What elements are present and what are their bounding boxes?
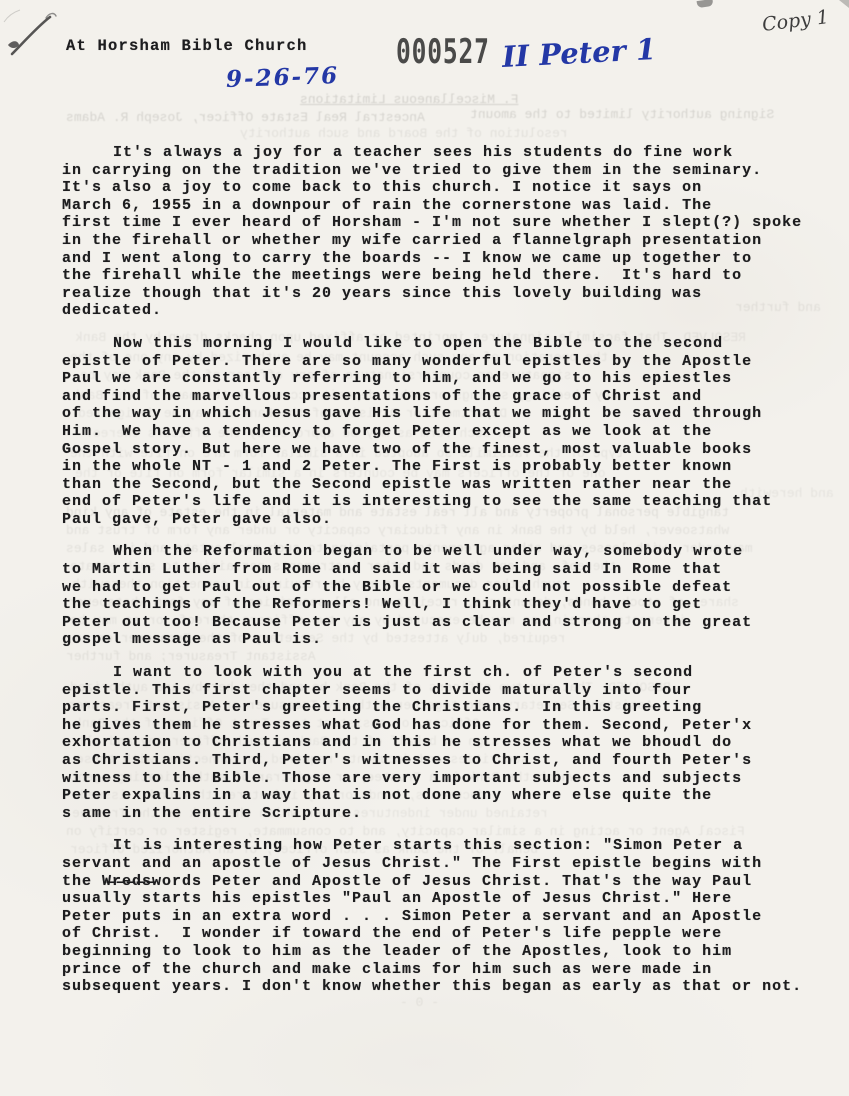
- text-line: realize though that it's 20 years since …: [62, 285, 834, 303]
- handwritten-date: 9-26-76: [226, 62, 340, 93]
- text-line: in carrying on the tradition we've tried…: [62, 162, 834, 180]
- text-line: usually starts his epistles "Paul an Apo…: [62, 890, 834, 908]
- bleedthrough-text: Signing authority limited to the amount: [470, 107, 774, 122]
- text-line: witness to the Bible. Those are very imp…: [62, 770, 834, 788]
- text-line: March 6, 1955 in a downpour of rain the …: [62, 197, 834, 215]
- text-line: exhortation to Christians and in this he…: [62, 734, 834, 752]
- handwritten-copy-number: Copy 1: [761, 6, 830, 36]
- bleedthrough-text: Ancestral Real Estate Officer, Joseph R.…: [66, 110, 425, 125]
- bleedthrough-text: F. Miscellaneous Limitations: [300, 92, 518, 107]
- paper-nick-artifact: [697, 0, 714, 8]
- text-line: I want to look with you at the first ch.…: [62, 664, 834, 682]
- scanned-document-page: At Horsham Bible Church 000527 II Peter …: [0, 0, 849, 1096]
- text-line: Gospel story. But here we have two of th…: [62, 441, 834, 459]
- text-line: Now this morning I would like to open th…: [62, 335, 834, 353]
- text-line: epistle of Peter. There are so many wond…: [62, 353, 834, 371]
- text-line: Peter puts in an extra word . . . Simon …: [62, 908, 834, 926]
- document-number-stamp: 000527: [396, 33, 490, 72]
- text-line: than the Second, but the Second epistle …: [62, 476, 834, 494]
- corner-shadow-artifact: [839, 0, 849, 8]
- text-line: epistle. This first chapter seems to div…: [62, 682, 834, 700]
- text-line: When the Reformation began to be well un…: [62, 543, 834, 561]
- text-line: parts. First, Peter's greeting the Chris…: [62, 699, 834, 717]
- text-line: to Martin Luther from Rome and said it w…: [62, 561, 834, 579]
- text-line: the W̶r̶e̶d̶s̶words Peter and Apostle of…: [62, 873, 834, 891]
- document-body: It's always a joy for a teacher sees his…: [62, 144, 834, 1011]
- checkmark-icon: [2, 8, 64, 70]
- text-line: as Christians. Third, Peter's witnesses …: [62, 752, 834, 770]
- text-line: first time I ever heard of Horsham - I'm…: [62, 214, 834, 232]
- text-line: and I went along to carry the boards -- …: [62, 250, 834, 268]
- paragraph: When the Reformation began to be well un…: [62, 543, 834, 649]
- bleedthrough-text: resolution of the Board and such authori…: [240, 126, 568, 141]
- paragraph: It is interesting how Peter starts this …: [62, 837, 834, 995]
- text-line: Peter expalins in a way that is not done…: [62, 787, 834, 805]
- text-line: Peter out too! Because Peter is just as …: [62, 614, 834, 632]
- text-line: servant and an apostle of Jesus Christ."…: [62, 855, 834, 873]
- handwritten-scripture-reference: II Peter 1: [501, 32, 657, 74]
- text-line: of Christ. I wonder if toward the end of…: [62, 925, 834, 943]
- text-line: It's always a joy for a teacher sees his…: [62, 144, 834, 162]
- paragraph: Now this morning I would like to open th…: [62, 335, 834, 529]
- text-line: subsequent years. I don't know whether t…: [62, 978, 834, 996]
- text-line: and find the marvellous presentations of…: [62, 388, 834, 406]
- text-line: the teachings of the Reformers! Well, I …: [62, 596, 834, 614]
- text-line: of the way in which Jesus gave His life …: [62, 405, 834, 423]
- text-line: Him. We have a tendency to forget Peter …: [62, 423, 834, 441]
- text-line: gospel message as Paul is.: [62, 631, 834, 649]
- text-line: Paul gave, Peter gave also.: [62, 511, 834, 529]
- text-line: in the whole NT - 1 and 2 Peter. The Fir…: [62, 458, 834, 476]
- text-line: the firehall while the meetings were bei…: [62, 267, 834, 285]
- text-line: s ame in the entire Scripture.: [62, 805, 834, 823]
- text-line: Paul we are constantly referring to him,…: [62, 370, 834, 388]
- text-line: It's also a joy to come back to this chu…: [62, 179, 834, 197]
- text-line: dedicated.: [62, 302, 834, 320]
- text-line: he gives them he stresses what God has d…: [62, 717, 834, 735]
- text-line: prince of the church and make claims for…: [62, 961, 834, 979]
- text-line: in the firehall or whether my wife carri…: [62, 232, 834, 250]
- church-title: At Horsham Bible Church: [66, 37, 308, 55]
- text-line: we had to get Paul out of the Bible or w…: [62, 579, 834, 597]
- text-line: beginning to look to him as the leader o…: [62, 943, 834, 961]
- paragraph: I want to look with you at the first ch.…: [62, 664, 834, 822]
- paragraph: It's always a joy for a teacher sees his…: [62, 144, 834, 320]
- text-line: end of Peter's life and it is interestin…: [62, 493, 834, 511]
- text-line: It is interesting how Peter starts this …: [62, 837, 834, 855]
